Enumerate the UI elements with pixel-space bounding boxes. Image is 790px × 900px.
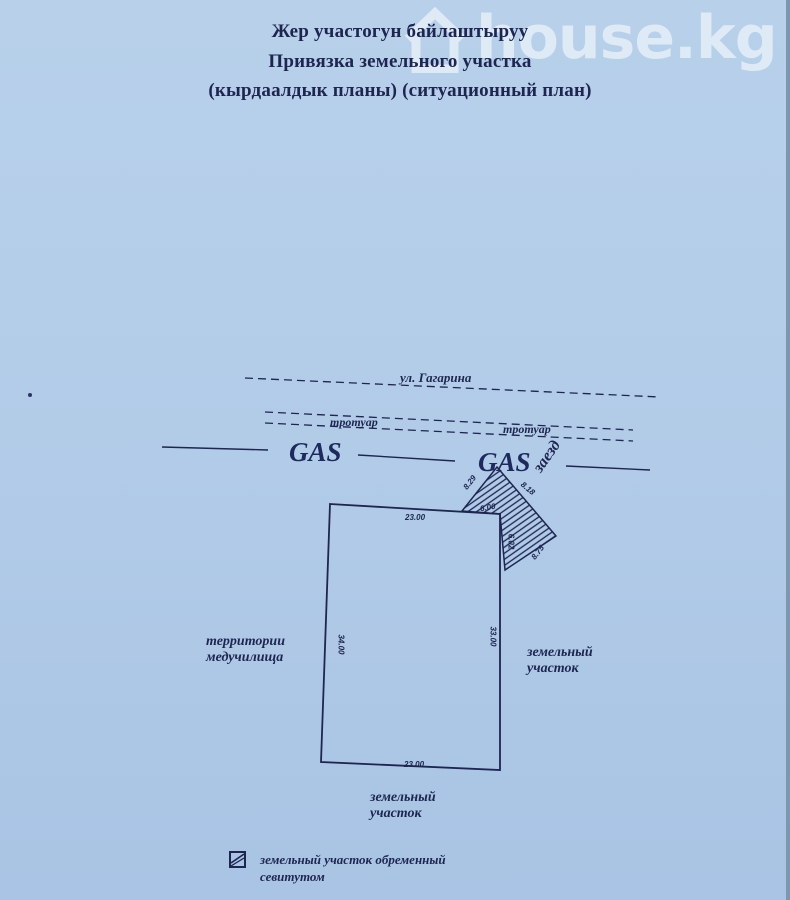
legend: земельный участок обременный севитутом [229,851,490,885]
sidewalk-line-1 [265,412,633,430]
dimension-top: 23.00 [405,513,425,522]
neighbor-west-label: территории медучилища [206,634,296,666]
dimension-right: 33.00 [489,626,498,646]
sidewalk-label: тротуар [503,421,551,437]
neighbor-east-label: земельный участок [527,645,607,677]
land-parcel [321,504,500,770]
paper-speck [28,393,32,397]
gas-line [162,447,268,450]
dimension-easement-inner: 6.02 [506,534,515,550]
sidewalk-label: тротуар [330,414,378,430]
street-label: ул. Гагарина [400,370,471,386]
dimension-left: 34.00 [337,634,346,654]
hatched-square-icon [229,851,246,868]
dimension-bottom: 23.00 [404,760,424,769]
gas-label: GAS [478,447,531,478]
gas-label: GAS [289,437,342,468]
site-plan-drawing [0,0,790,900]
neighbor-south-label: земельный участок [370,790,450,822]
legend-label: земельный участок обременный севитутом [260,851,490,885]
